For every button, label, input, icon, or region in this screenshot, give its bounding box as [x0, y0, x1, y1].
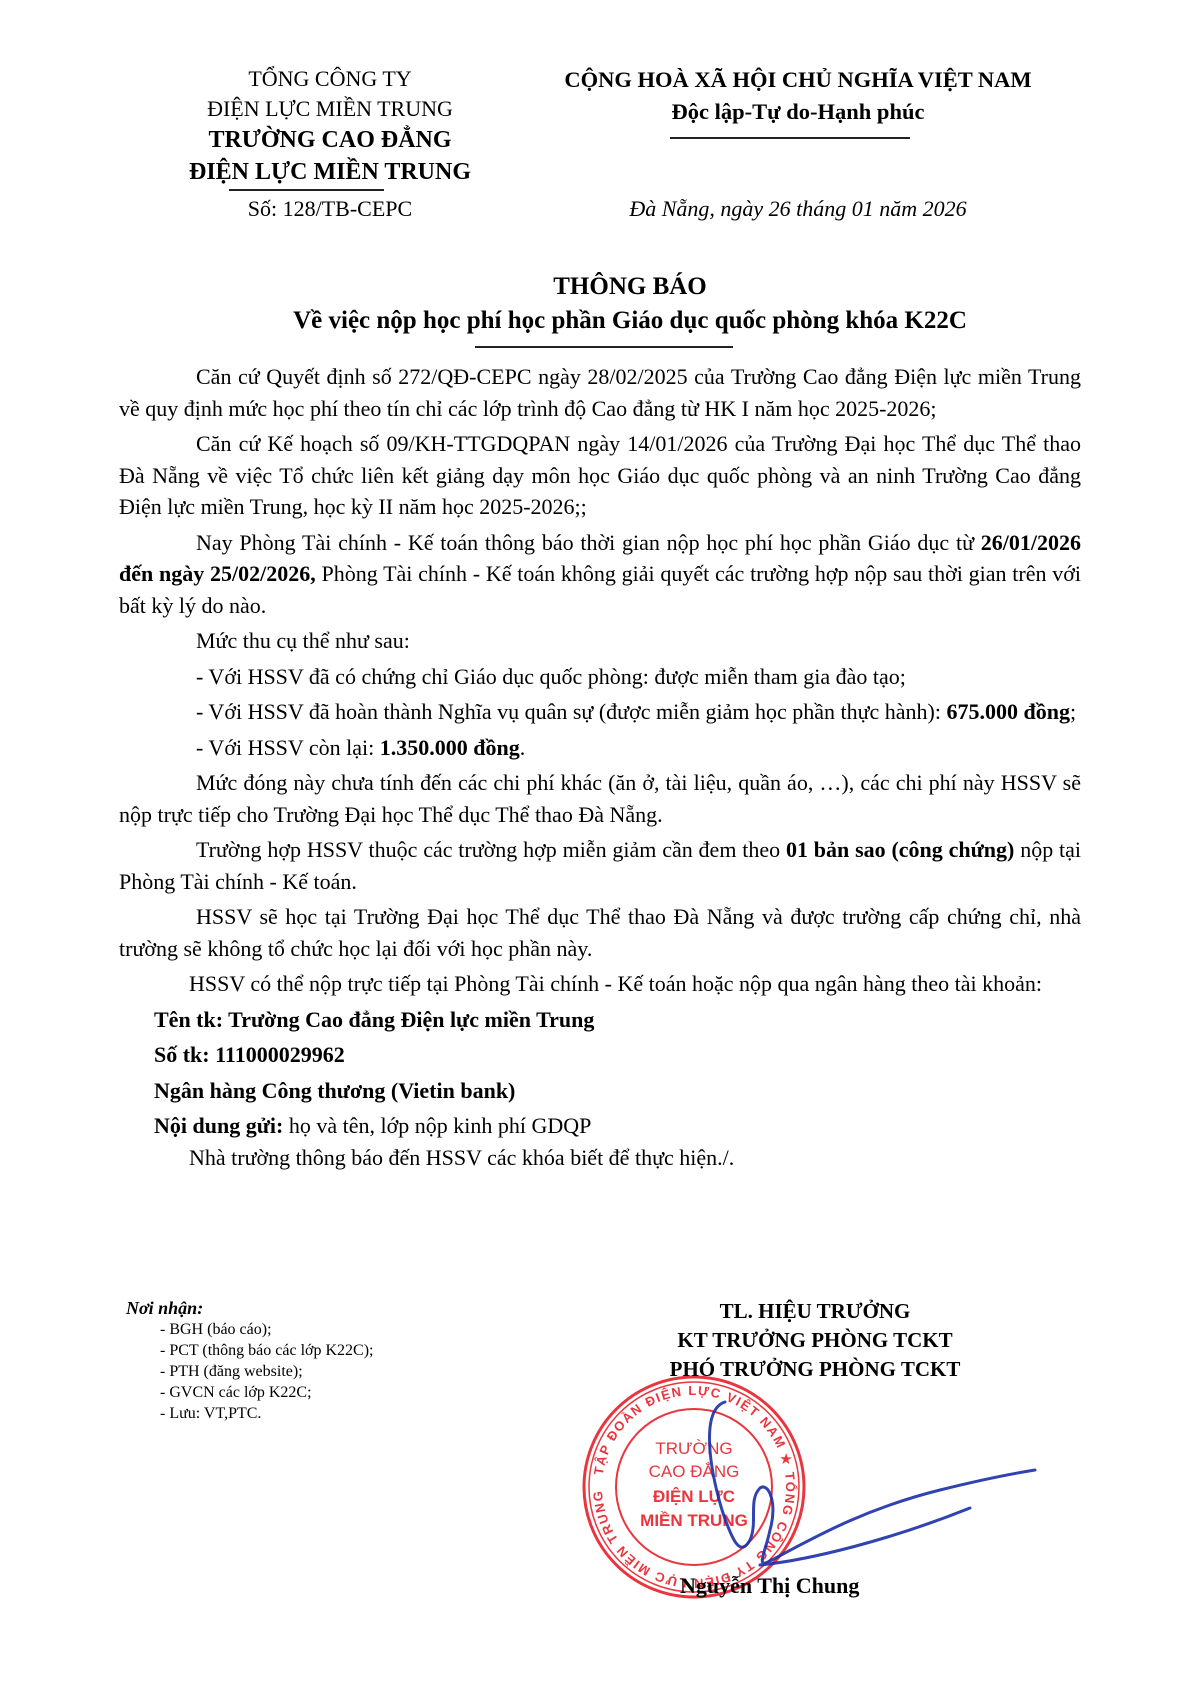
fee-amount-reduced: 675.000 đồng — [947, 699, 1070, 724]
paragraph-payment-method: HSSV có thể nộp trực tiếp tại Phòng Tài … — [119, 968, 1081, 1000]
issuer-underline — [229, 189, 384, 191]
issuer-parent-line1: TỔNG CÔNG TY — [150, 64, 510, 94]
handwritten-signature-icon — [640, 1390, 1060, 1590]
issuer-name-line2: ĐIỆN LỰC MIỀN TRUNG — [150, 156, 510, 188]
transfer-content: Nội dung gửi: họ và tên, lớp nộp kinh ph… — [119, 1110, 1081, 1142]
paragraph-exemption-docs: Trường hợp HSSV thuộc các trường hợp miễ… — [119, 834, 1081, 897]
recipients-block: Nơi nhận: - BGH (báo cáo); - PCT (thông … — [126, 1297, 373, 1424]
recipient-item: - PTH (đăng website); — [126, 1361, 373, 1382]
signature-block: TL. HIỆU TRƯỞNG KT TRƯỞNG PHÒNG TCKT PHÓ… — [595, 1297, 1035, 1384]
signature-title-2: KT TRƯỞNG PHÒNG TCKT — [595, 1326, 1035, 1355]
fee-item-others: - Với HSSV còn lại: 1.350.000 đồng. — [119, 732, 1081, 764]
title-main: THÔNG BÁO — [140, 270, 1120, 304]
nation-name: CỘNG HOÀ XÃ HỘI CHỦ NGHĨA VIỆT NAM — [520, 64, 1076, 96]
paragraph-payment-period: Nay Phòng Tài chính - Kế toán thông báo … — [119, 527, 1081, 622]
title-underline — [475, 346, 733, 348]
signature-title-1: TL. HIỆU TRƯỞNG — [595, 1297, 1035, 1326]
issuer-name-line1: TRƯỜNG CAO ĐẲNG — [150, 124, 510, 156]
recipients-heading: Nơi nhận: — [126, 1297, 373, 1319]
recipient-item: - Lưu: VT,PTC. — [126, 1403, 373, 1424]
national-header: CỘNG HOÀ XÃ HỘI CHỦ NGHĨA VIỆT NAM Độc l… — [520, 64, 1076, 128]
closing-sentence: Nhà trường thông báo đến HSSV các khóa b… — [119, 1142, 1081, 1174]
fee-item-military: - Với HSSV đã hoàn thành Nghĩa vụ quân s… — [119, 696, 1081, 728]
recipient-item: - PCT (thông báo các lớp K22C); — [126, 1340, 373, 1361]
recipient-item: - BGH (báo cáo); — [126, 1319, 373, 1340]
recipient-item: - GVCN các lớp K22C; — [126, 1382, 373, 1403]
issuer-parent-line2: ĐIỆN LỰC MIỀN TRUNG — [150, 94, 510, 124]
fee-item-exempt: - Với HSSV đã có chứng chỉ Giáo dục quốc… — [119, 661, 1081, 693]
bank-name: Ngân hàng Công thương (Vietin bank) — [119, 1075, 1081, 1107]
paragraph-fee-intro: Mức thu cụ thể như sau: — [119, 625, 1081, 657]
document-body: Căn cứ Quyết định số 272/QĐ-CEPC ngày 28… — [119, 361, 1081, 1177]
paragraph-certificate: HSSV sẽ học tại Trường Đại học Thể dục T… — [119, 901, 1081, 964]
required-copy: 01 bản sao (công chứng) — [786, 837, 1014, 862]
motto-underline — [670, 137, 910, 139]
document-number: Số: 128/TB-CEPC — [150, 194, 510, 224]
national-motto: Độc lập-Tự do-Hạnh phúc — [520, 96, 1076, 128]
title-subject: Về việc nộp học phí học phần Giáo dục qu… — [140, 304, 1120, 338]
issuer-block: TỔNG CÔNG TY ĐIỆN LỰC MIỀN TRUNG TRƯỜNG … — [150, 64, 510, 224]
fee-amount-full: 1.350.000 đồng — [380, 735, 520, 760]
signature-title-3: PHÓ TRƯỞNG PHÒNG TCKT — [595, 1355, 1035, 1384]
paragraph-basis-1: Căn cứ Quyết định số 272/QĐ-CEPC ngày 28… — [119, 361, 1081, 424]
document-title: THÔNG BÁO Về việc nộp học phí học phần G… — [140, 270, 1120, 338]
paragraph-other-costs: Mức đóng này chưa tính đến các chi phí k… — [119, 767, 1081, 830]
account-number: Số tk: 111000029962 — [119, 1039, 1081, 1071]
signer-name: Nguyễn Thị Chung — [680, 1573, 859, 1599]
issue-date: Đà Nẵng, ngày 26 tháng 01 năm 2026 — [520, 196, 1076, 222]
paragraph-basis-2: Căn cứ Kế hoạch số 09/KH-TTGDQPAN ngày 1… — [119, 428, 1081, 523]
account-name: Tên tk: Trường Cao đẳng Điện lực miền Tr… — [119, 1004, 1081, 1036]
